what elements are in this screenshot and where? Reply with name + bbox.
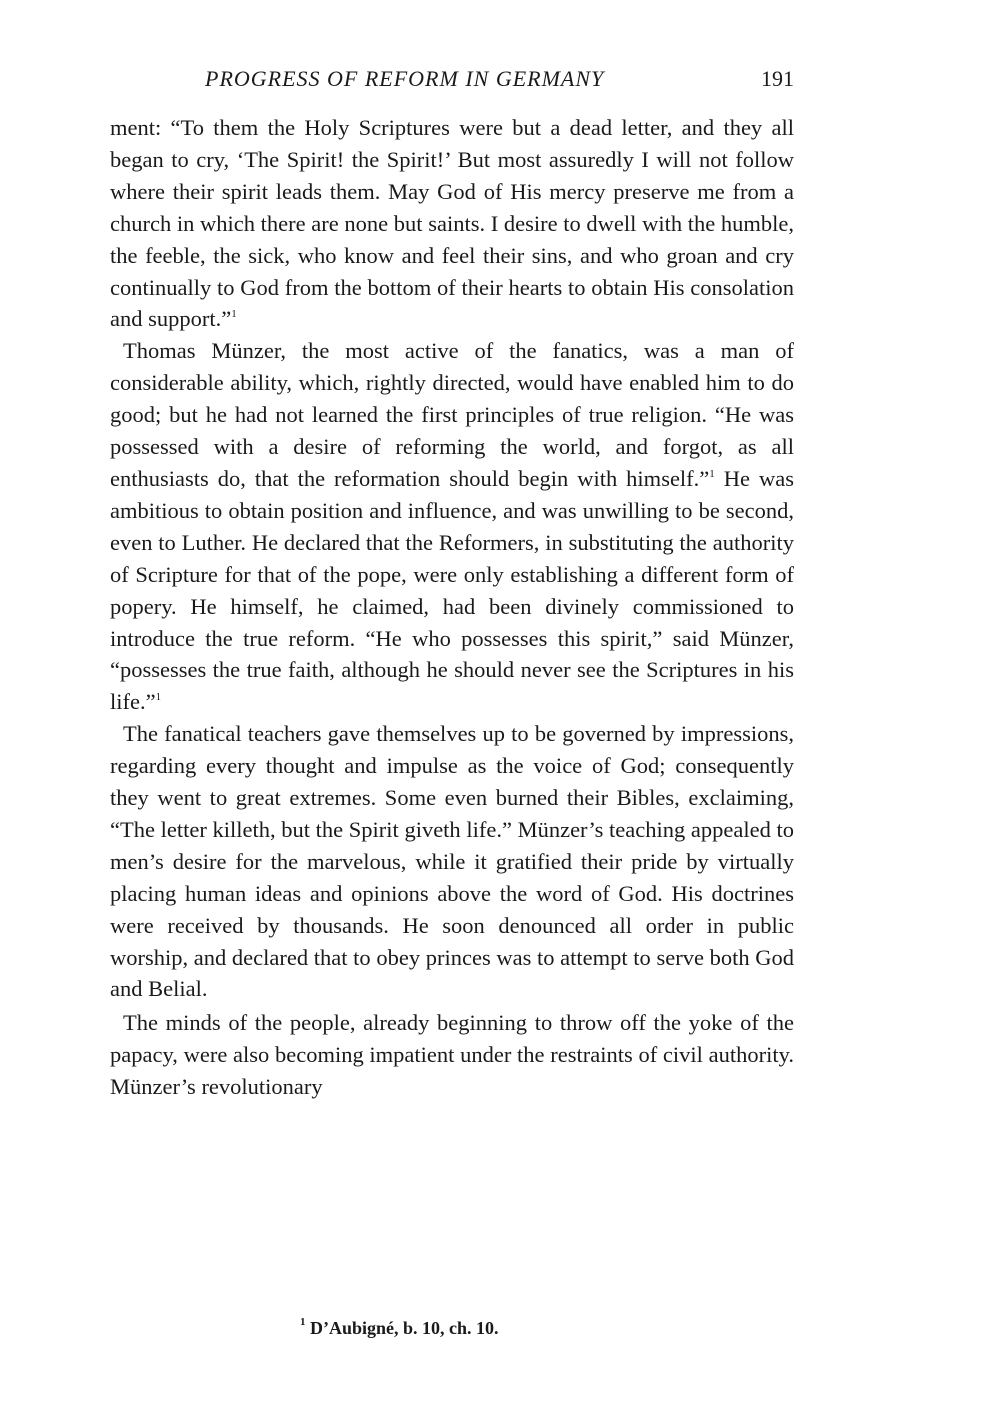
paragraph-text: ment: “To them the Holy Scriptures were … xyxy=(110,115,794,331)
paragraph-text: Thomas Münzer, the most active of the fa… xyxy=(110,338,794,491)
footnote: 1 D’Aubigné, b. 10, ch. 10. xyxy=(300,1318,499,1339)
footnote-marker: 1 xyxy=(300,1316,306,1328)
page-number: 191 xyxy=(761,66,794,92)
paragraph-text: He was ambitious to obtain position and … xyxy=(110,466,794,714)
paragraph-4: The minds of the people, already beginni… xyxy=(110,1007,794,1103)
paragraph-1: ment: “To them the Holy Scriptures were … xyxy=(110,112,794,335)
running-title: PROGRESS OF REFORM IN GERMANY xyxy=(205,66,604,92)
footnote-text: D’Aubigné, b. 10, ch. 10. xyxy=(310,1318,499,1338)
paragraph-text: The minds of the people, already beginni… xyxy=(110,1010,794,1099)
paragraph-2: Thomas Münzer, the most active of the fa… xyxy=(110,335,794,718)
paragraph-3: The fanatical teachers gave themselves u… xyxy=(110,718,794,1005)
body-text: ment: “To them the Holy Scriptures were … xyxy=(110,112,794,1103)
paragraph-text: The fanatical teachers gave themselves u… xyxy=(110,721,794,1001)
page-header: PROGRESS OF REFORM IN GERMANY 191 xyxy=(110,66,794,100)
footnote-ref: 1 xyxy=(231,308,237,320)
footnote-ref: 1 xyxy=(156,691,162,703)
